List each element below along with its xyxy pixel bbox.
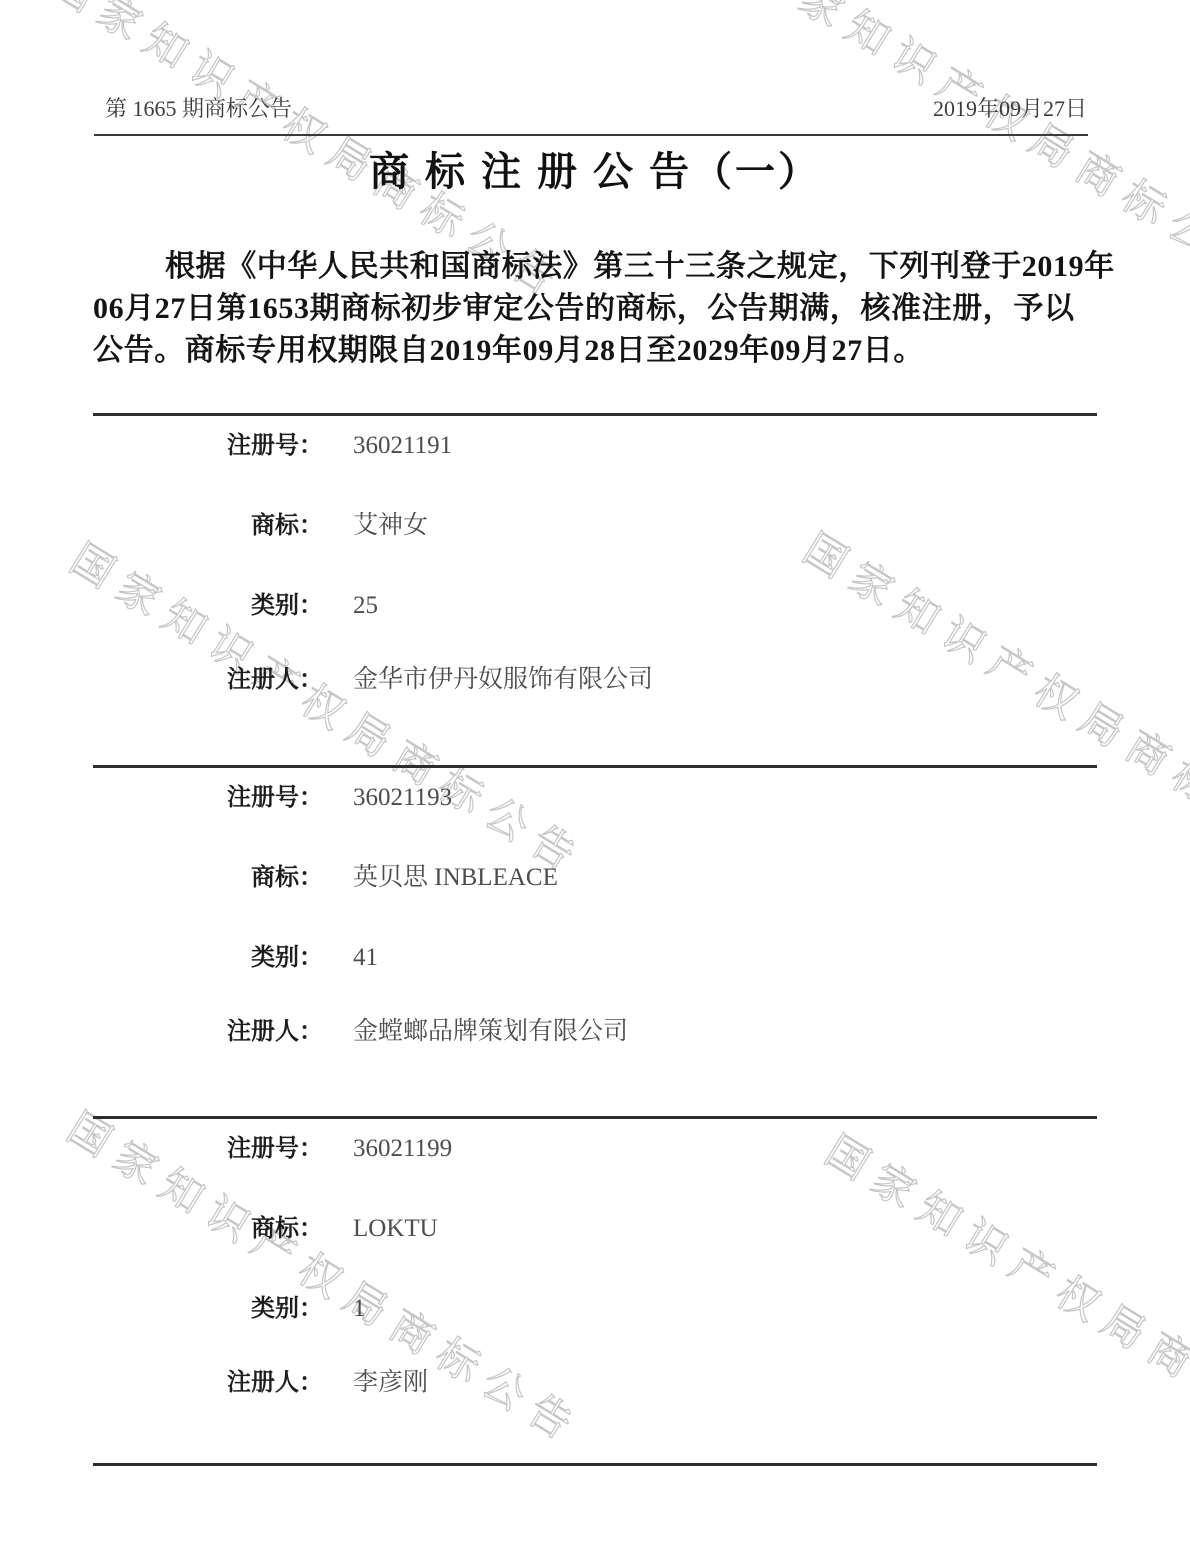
field-label-reg-no: 注册号：: [93, 431, 323, 461]
registrant-name: 金华市伊丹奴服饰有限公司: [353, 665, 1073, 695]
registration-number: 36021191: [353, 431, 1073, 461]
registration-number: 36021199: [353, 1134, 1073, 1164]
trademark-name: 英贝思 INBLEACE: [353, 863, 1073, 893]
field-label-trademark: 商标：: [93, 863, 323, 893]
trademark-record: 注册号： 36021193 商标： 英贝思 INBLEACE 类别： 41 注册…: [0, 765, 1190, 1117]
field-label-reg-no: 注册号：: [93, 783, 323, 813]
document-page: 国家知识产权局商标公告 国家知识产权局商标公告 国家知识产权局商标公告 国家知识…: [0, 0, 1190, 1564]
record-separator: [93, 413, 1097, 416]
field-label-registrant: 注册人：: [93, 665, 323, 695]
registration-number: 36021193: [353, 783, 1073, 813]
registrant-name: 李彦刚: [353, 1368, 1073, 1398]
field-label-class: 类别：: [93, 943, 323, 973]
field-label-class: 类别：: [93, 591, 323, 621]
trademark-record: 注册号： 36021199 商标： LOKTU 类别： 1 注册人： 李彦刚: [0, 1116, 1190, 1468]
intro-line: 06月27日第1653期商标初步审定公告的商标，公告期满，核准注册，予以: [93, 288, 1093, 330]
field-label-registrant: 注册人：: [93, 1017, 323, 1047]
record-separator: [93, 1116, 1097, 1119]
header-rule: [94, 134, 1088, 136]
gazette-issue-number: 第 1665 期商标公告: [105, 96, 292, 122]
intro-paragraph: 根据《中华人民共和国商标法》第三十三条之规定，下列刊登于2019年 06月27日…: [93, 246, 1093, 372]
field-label-class: 类别：: [93, 1294, 323, 1324]
bottom-rule: [93, 1463, 1097, 1466]
trademark-class: 1: [353, 1294, 1073, 1324]
page-title: 商 标 注 册 公 告（一）: [0, 148, 1190, 196]
registrant-name: 金螳螂品牌策划有限公司: [353, 1017, 1073, 1047]
field-label-registrant: 注册人：: [93, 1368, 323, 1398]
trademark-class: 41: [353, 943, 1073, 973]
trademark-record: 注册号： 36021191 商标： 艾神女 类别： 25 注册人： 金华市伊丹奴…: [0, 413, 1190, 765]
trademark-class: 25: [353, 591, 1073, 621]
field-label-trademark: 商标：: [93, 511, 323, 541]
trademark-name: LOKTU: [353, 1214, 1073, 1244]
intro-line: 根据《中华人民共和国商标法》第三十三条之规定，下列刊登于2019年: [93, 246, 1093, 288]
field-label-reg-no: 注册号：: [93, 1134, 323, 1164]
trademark-name: 艾神女: [353, 511, 1073, 541]
field-label-trademark: 商标：: [93, 1214, 323, 1244]
intro-line: 公告。商标专用权期限自2019年09月28日至2029年09月27日。: [93, 330, 1093, 372]
record-separator: [93, 765, 1097, 768]
gazette-date: 2019年09月27日: [933, 96, 1087, 122]
